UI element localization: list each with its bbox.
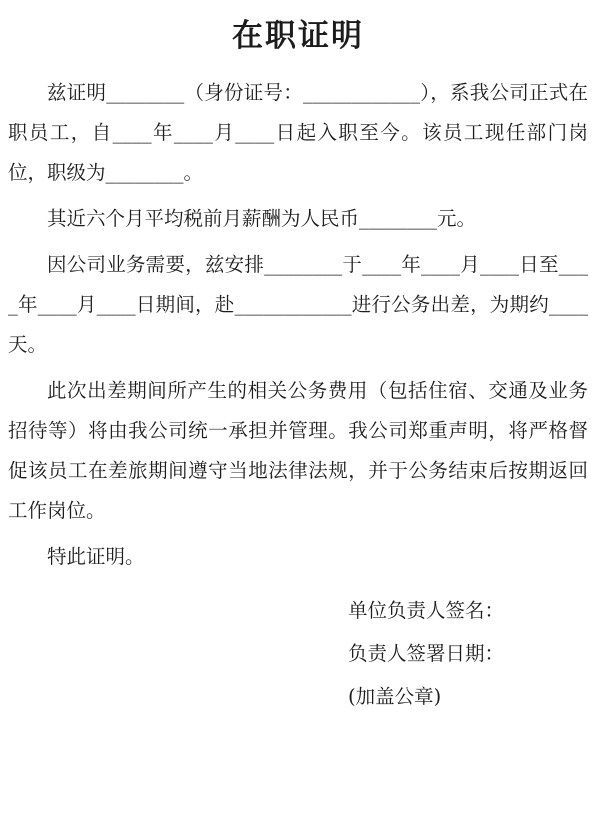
para-closing-statement: 特此证明。 — [8, 537, 588, 577]
document-title: 在职证明 — [8, 10, 588, 55]
document-page: 在职证明 兹证明________（身份证号：____________），系我公司… — [0, 0, 596, 828]
signature-name-label: 单位负责人签名： — [348, 589, 588, 632]
para-expenses-declaration: 此次出差期间所产生的相关公务费用（包括住宿、交通及业务招待等）将由我公司统一承担… — [8, 371, 588, 531]
company-seal-note: (加盖公章) — [348, 675, 588, 718]
para-salary-statement: 其近六个月平均税前月薪酬为人民币________元。 — [8, 199, 588, 239]
signature-block: 单位负责人签名： 负责人签署日期： (加盖公章) — [348, 589, 588, 718]
signature-date-label: 负责人签署日期： — [348, 632, 588, 675]
para-business-trip-arrangement: 因公司业务需要，兹安排________于____年____月____日至____… — [8, 245, 588, 365]
para-employment-statement: 兹证明________（身份证号：____________），系我公司正式在职员… — [8, 73, 588, 193]
